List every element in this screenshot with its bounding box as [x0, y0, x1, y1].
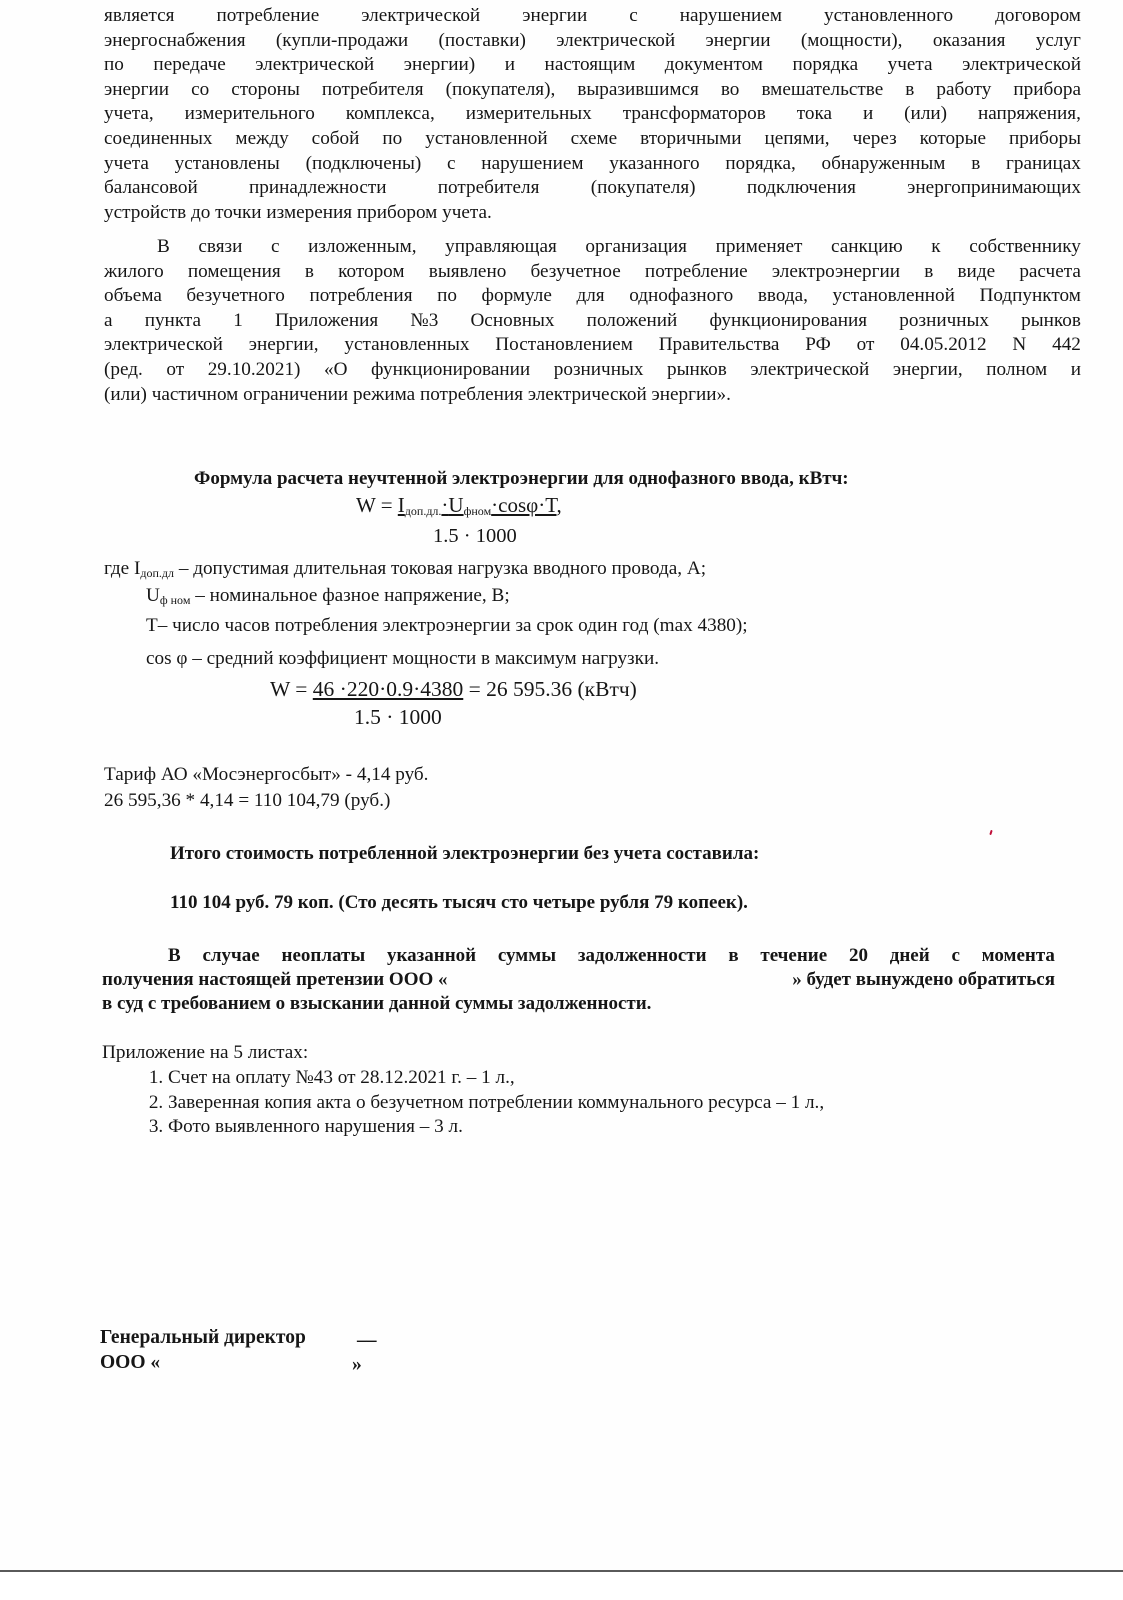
formula-heading: Формула расчета неучтенной электроэнерги… [194, 467, 849, 491]
definition-sub: доп.дл [140, 566, 174, 580]
tariff-line: Тариф АО «Мосэнергосбыт» - 4,14 руб. [104, 763, 428, 787]
text-line: являетсяпотреблениеэлектрическойэнергиис… [104, 4, 1081, 29]
sanction-paragraph: Всвязисизложенным,управляющаяорганизация… [104, 235, 1081, 407]
signature-org-right: » [352, 1353, 362, 1377]
definition-text: – средний коэффициент мощности в максиму… [187, 648, 659, 669]
formula-rest: ·cosφ·T [491, 493, 556, 517]
definition-cos: cos φ – средний коэффициент мощности в м… [146, 647, 659, 671]
formula-symbol-u: U [448, 493, 463, 517]
calculation-result: = 26 595.36 (кВтч) [463, 677, 637, 701]
signature-title: Генеральный директор [100, 1326, 306, 1350]
warning-org-right: » будет вынуждено обратиться [792, 968, 1055, 992]
definition-text: – номинальное фазное напряжение, В; [190, 585, 509, 606]
formula-lhs: W = [356, 493, 398, 517]
definition-prefix: где [104, 558, 134, 579]
document-page: являетсяпотреблениеэлектрическойэнергиис… [0, 0, 1123, 1600]
text-line: электрическойэнергии,установленныхПостан… [104, 333, 1081, 358]
calculation-denominator: 1.5 · 1000 [354, 705, 442, 730]
warning-paragraph: Вслучаенеоплатыуказаннойсуммызадолженнос… [102, 944, 1055, 1016]
text-line: балансовойпринадлежностипотребителя(поку… [104, 176, 1081, 201]
attachment-item: Заверенная копия акта о безучетном потре… [168, 1091, 824, 1116]
definition-sub: ф ном [160, 593, 191, 607]
definition-i: где Iдоп.дл – допустимая длительная токо… [104, 557, 706, 581]
attachment-item: Счет на оплату №43 от 28.12.2021 г. – 1 … [168, 1066, 824, 1091]
text-line: в суд с требованием о взыскании данной с… [102, 992, 1055, 1016]
signature-org-left: ООО « [100, 1351, 160, 1375]
total-amount: 110 104 руб. 79 коп. (Сто десять тысяч с… [170, 891, 748, 915]
intro-paragraph: являетсяпотреблениеэлектрическойэнергиис… [104, 4, 1081, 225]
attachment-item: Фото выявленного нарушения – 3 л. [168, 1115, 824, 1140]
text-line: (ред.от29.10.2021)«Офункционированиирозн… [104, 358, 1081, 383]
definition-text: – число часов потребления электроэнергии… [158, 615, 748, 636]
scan-bottom-edge [0, 1570, 1123, 1600]
text-line: Всвязисизложенным,управляющаяорганизация… [104, 235, 1081, 260]
text-line: (или) частичном ограничении режима потре… [104, 383, 1081, 408]
signature-line: __ [357, 1322, 377, 1346]
formula-comma: , [557, 493, 562, 517]
text-line: учетаустановлены(подключены)снарушениему… [104, 152, 1081, 177]
text-line: энергиисостороныпотребителя(покупателя),… [104, 78, 1081, 103]
text-line: соединенныхмеждусобойпоустановленнойсхем… [104, 127, 1081, 152]
calculation-lhs: W = [270, 677, 313, 701]
calculation-numerator: 46 ·220·0.9·4380 [313, 677, 463, 701]
cost-line: 26 595,36 * 4,14 = 110 104,79 (руб.) [104, 789, 390, 813]
text-line: попередачеэлектрическойэнергии)инастоящи… [104, 53, 1081, 78]
definition-u: Uф ном – номинальное фазное напряжение, … [146, 584, 510, 608]
text-line: учета,измерительногокомплекса,измеритель… [104, 102, 1081, 127]
warning-org-left: получения настоящей претензии ООО « [102, 968, 448, 992]
scan-speck [989, 830, 992, 835]
text-line: энергоснабжения(купли-продажи(поставки)э… [104, 29, 1081, 54]
text-line: апункта1Приложения№3Основныхположенийфун… [104, 309, 1081, 334]
total-heading: Итого стоимость потребленной электроэнер… [170, 842, 759, 866]
attachments-list: Счет на оплату №43 от 28.12.2021 г. – 1 … [134, 1066, 824, 1140]
formula-symbol-i: I [398, 493, 405, 517]
formula-sub-u: фном [464, 504, 492, 518]
text-line: жилогопомещениявкоторомвыявленобезучетно… [104, 260, 1081, 285]
calculation: W = 46 ·220·0.9·4380 = 26 595.36 (кВтч) [270, 675, 637, 703]
text-line: получения настоящей претензии ООО « » бу… [102, 968, 1055, 992]
definition-t: T– число часов потребления электроэнерги… [146, 614, 748, 638]
attachments-heading: Приложение на 5 листах: [102, 1041, 308, 1065]
formula-denominator: 1.5 · 1000 [433, 525, 517, 548]
formula: W = Iдоп.дл.·Uфном·cosφ·T, [356, 493, 562, 517]
text-line: устройств до точки измерения прибором уч… [104, 201, 1081, 226]
formula-numerator: Iдоп.дл.·Uфном·cosφ·T [398, 493, 557, 517]
definition-symbol: cos φ [146, 648, 187, 669]
text-line: объемабезучетногопотребленияпоформуледля… [104, 284, 1081, 309]
definition-symbol: T [146, 615, 158, 636]
definition-symbol: U [146, 585, 160, 606]
formula-sub-i: доп.дл. [405, 504, 442, 518]
definition-text: – допустимая длительная токовая нагрузка… [174, 558, 706, 579]
text-line: Вслучаенеоплатыуказаннойсуммызадолженнос… [102, 944, 1055, 968]
